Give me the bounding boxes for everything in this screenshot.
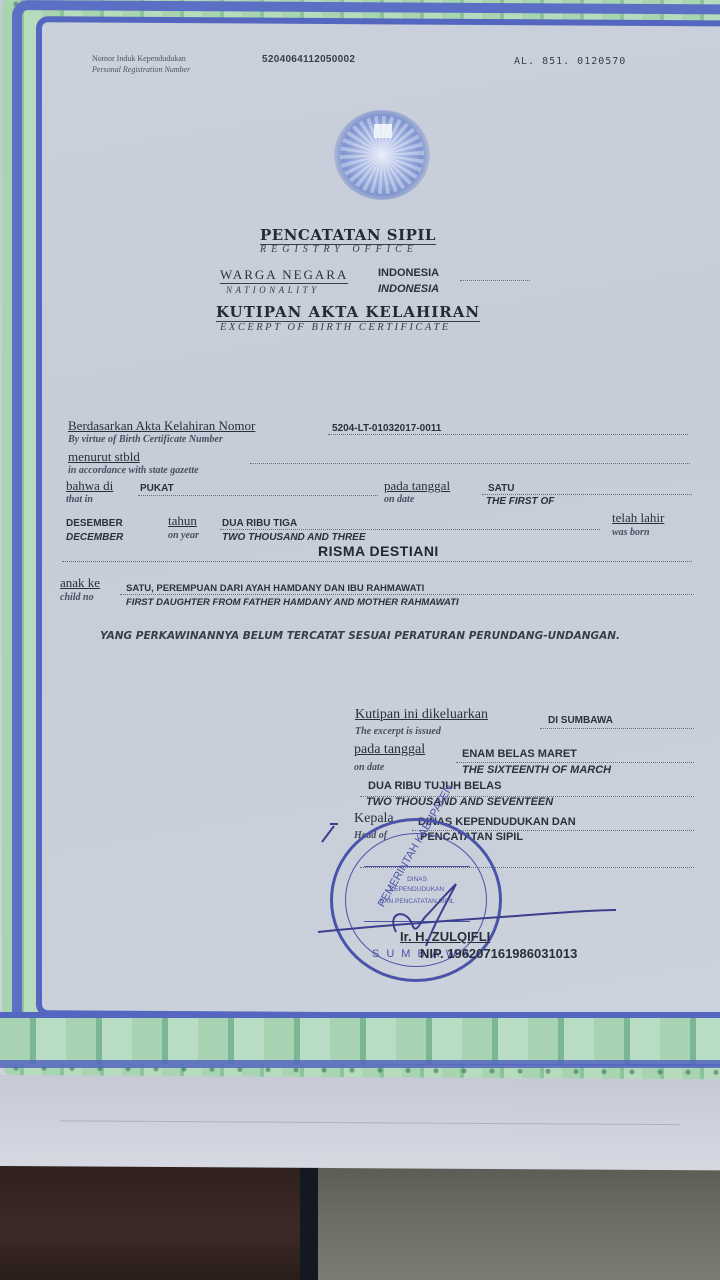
dotted-line <box>482 494 692 495</box>
birth-year-value: DUA RIBU TIGA <box>222 518 297 529</box>
child-no-label-en: child no <box>60 592 94 603</box>
nik-label-id: Nomor Induk Kependudukan <box>92 54 186 63</box>
child-name: RISMA DESTIANI <box>318 543 439 559</box>
nik-label-en: Personal Registration Number <box>92 65 190 74</box>
issue-date-label-en: on date <box>354 762 384 773</box>
place-label: bahwa di <box>66 478 113 494</box>
year-label-en: on year <box>168 530 199 541</box>
dotted-line <box>138 495 378 496</box>
dotted-line <box>328 434 688 435</box>
cert-number-label: Berdasarkan Akta Kelahiran Nomor <box>68 418 255 434</box>
child-no-value-en: FIRST DAUGHTER FROM FATHER HAMDANY AND M… <box>126 597 459 608</box>
floor-gap <box>300 1160 318 1280</box>
dotted-line <box>250 463 690 464</box>
border-blue-bottom-outer <box>0 1060 720 1068</box>
place-label-en: that in <box>66 494 93 505</box>
dotted-line <box>460 280 530 281</box>
nationality-label: WARGA NEGARA <box>220 267 348 284</box>
birth-month-value: DESEMBER <box>66 518 123 529</box>
nik-value: 5204064112050002 <box>262 54 355 65</box>
dotted-line <box>540 728 694 729</box>
floor-dark-mat <box>0 1160 300 1280</box>
stbld-label: menurut stbld <box>68 449 140 465</box>
document-title: KUTIPAN AKTA KELAHIRAN <box>216 303 480 322</box>
issue-year-value: DUA RIBU TUJUH BELAS <box>368 780 501 792</box>
serial-number: AL. 851. 0120570 <box>514 56 626 67</box>
issued-label-en: The excerpt is issued <box>355 726 441 737</box>
garuda-emblem-icon <box>334 110 430 200</box>
birth-date-value: SATU <box>488 483 514 494</box>
cert-number-value: 5204-LT-01032017-0011 <box>332 423 441 434</box>
stbld-label-en: in accordance with state gazette <box>68 465 199 476</box>
dotted-line <box>62 561 692 562</box>
year-label: tahun <box>168 513 197 529</box>
birth-date-label: pada tanggal <box>384 478 450 494</box>
guilloche-border-bottom <box>0 1018 720 1064</box>
issue-date-value: ENAM BELAS MARET <box>462 748 577 760</box>
dotted-line <box>120 594 694 595</box>
nip-label: NIP. <box>420 946 444 961</box>
issue-date-value-en: THE SIXTEENTH OF MARCH <box>462 764 611 776</box>
issued-label: Kutipan ini dikeluarkan <box>355 707 488 723</box>
nationality-label-en: NATIONALITY <box>226 285 320 295</box>
child-no-label: anak ke <box>60 575 100 591</box>
born-label: telah lahir <box>612 510 664 526</box>
nip-value: 196207161986031013 <box>447 946 577 961</box>
document-subtitle: EXCERPT OF BIRTH CERTIFICATE <box>220 322 451 333</box>
nip-line: NIP. 196207161986031013 <box>420 946 577 961</box>
child-no-value: SATU, PEREMPUAN DARI AYAH HAMDANY DAN IB… <box>126 583 424 594</box>
official-name: Ir. H. ZULQIFLI <box>400 929 490 944</box>
dotted-line <box>220 529 600 530</box>
dotted-line <box>456 762 694 763</box>
nationality-value-en: INDONESIA <box>378 283 439 295</box>
floor-gray-tile <box>318 1160 720 1280</box>
issue-date-label: pada tanggal <box>354 742 425 758</box>
issue-year-value-en: TWO THOUSAND AND SEVENTEEN <box>366 796 553 808</box>
office-title: PENCATATAN SIPIL <box>260 226 436 245</box>
birth-month-value-en: DECEMBER <box>66 532 123 543</box>
born-label-en: was born <box>612 527 650 538</box>
marriage-note: YANG PERKAWINANNYA BELUM TERCATAT SESUAI… <box>100 630 620 642</box>
place-value: PUKAT <box>140 483 174 494</box>
nationality-value: INDONESIA <box>378 267 439 279</box>
office-subtitle: REGISTRY OFFICE <box>260 244 418 255</box>
birth-year-value-en: TWO THOUSAND AND THREE <box>222 532 366 543</box>
birth-date-label-en: on date <box>384 494 414 505</box>
cert-number-label-en: By virtue of Birth Certificate Number <box>68 434 223 445</box>
issued-place: DI SUMBAWA <box>548 715 613 726</box>
birth-date-value-en: THE FIRST OF <box>486 496 554 507</box>
